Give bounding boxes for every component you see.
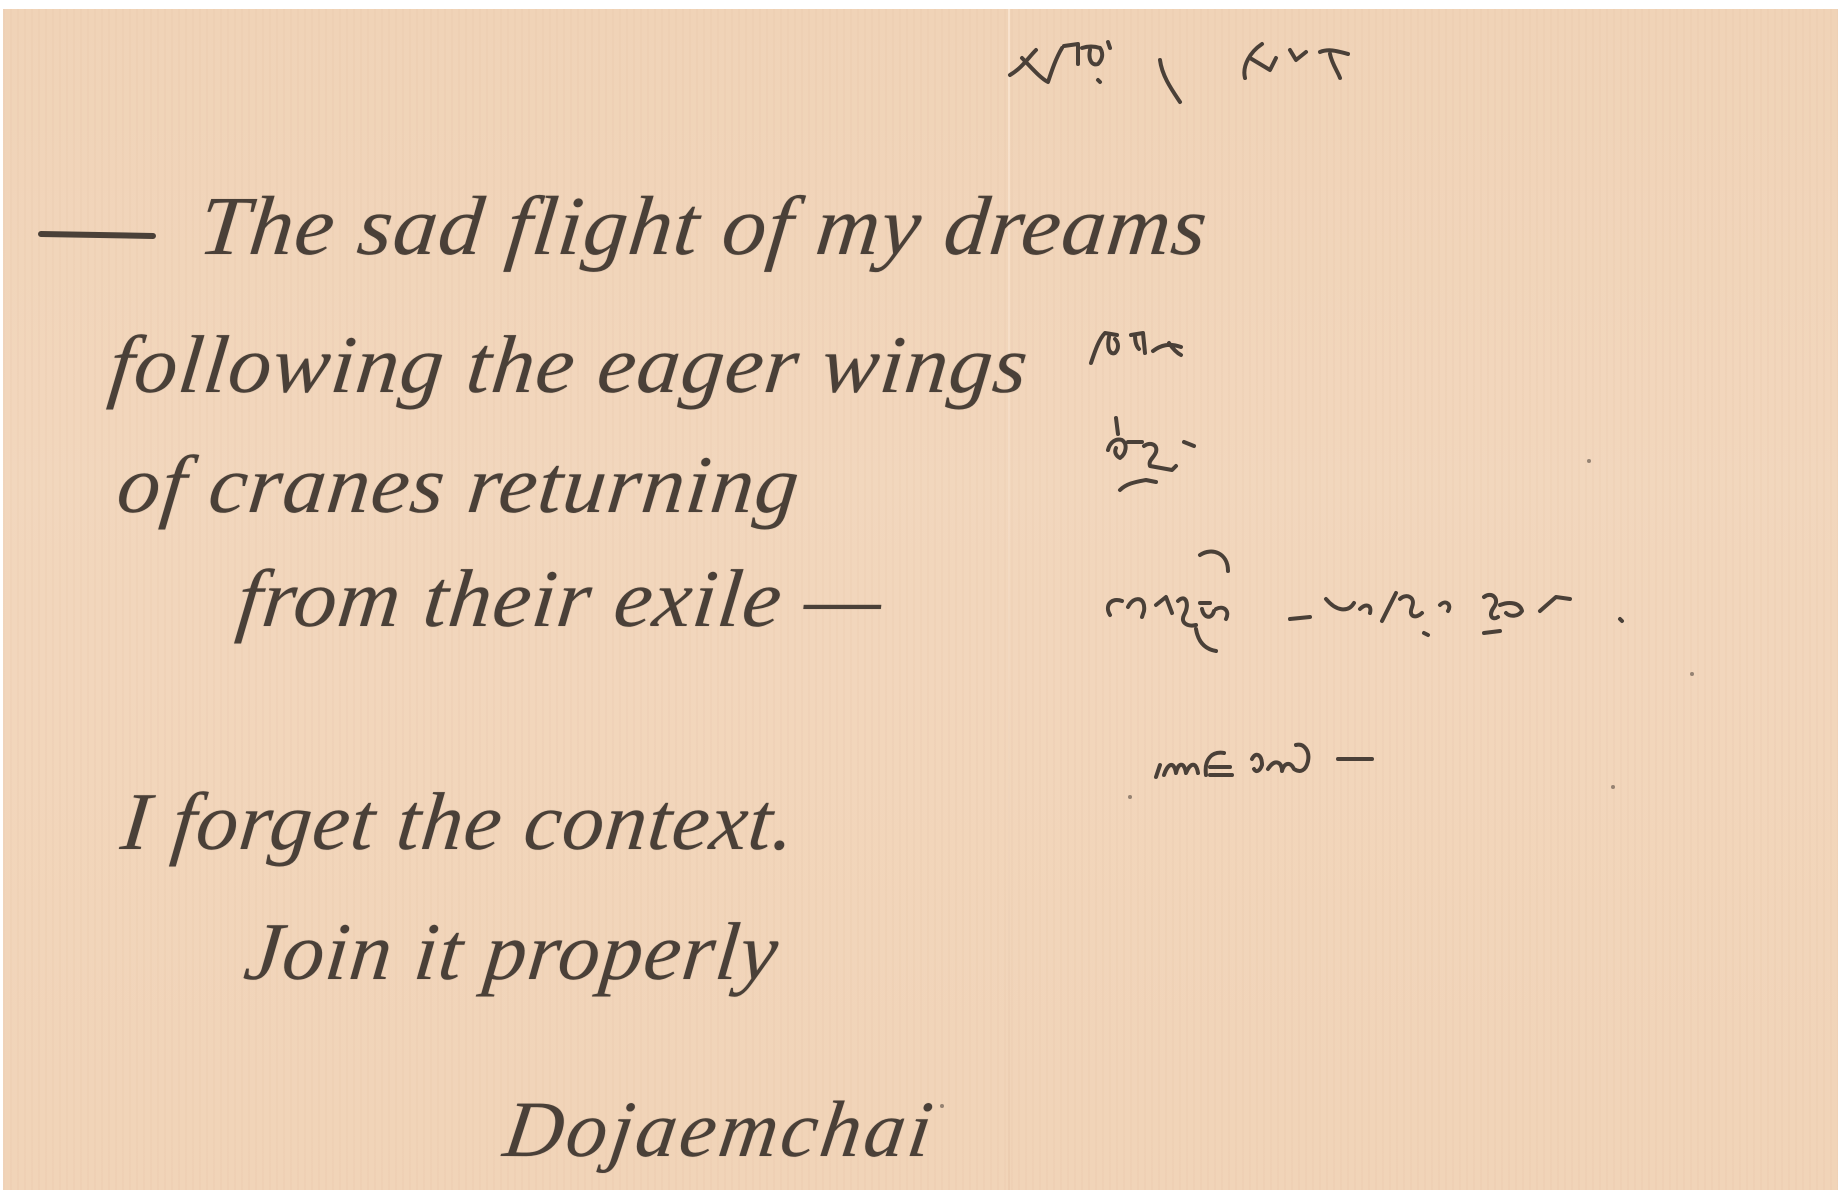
ink-speck [1611, 785, 1615, 789]
bengali-word-1 [1085, 325, 1225, 375]
bengali-phrase-4 [1150, 715, 1550, 815]
manuscript-line-6: Join it properly [240, 905, 784, 999]
manuscript-line-1: The sad flight of my dreams [195, 178, 1213, 275]
ink-speck [940, 1104, 944, 1108]
ink-speck [1587, 459, 1591, 463]
manuscript-line-2: following the eager wings [105, 318, 1034, 412]
bengali-phrase-3 [1100, 545, 1820, 675]
manuscript-line-5: I forget the context. [117, 775, 800, 869]
bengali-top-heading [1000, 30, 1380, 110]
page: The sad flight of my dreams following th… [0, 0, 1840, 1200]
manuscript-line-4: from their exile — [233, 552, 888, 646]
bengali-word-2 [1100, 412, 1220, 502]
ink-speck [1128, 795, 1132, 799]
ink-speck [1690, 672, 1694, 676]
signature: Dojaemchai [498, 1085, 940, 1176]
manuscript-line-3: of cranes returning [113, 438, 805, 532]
